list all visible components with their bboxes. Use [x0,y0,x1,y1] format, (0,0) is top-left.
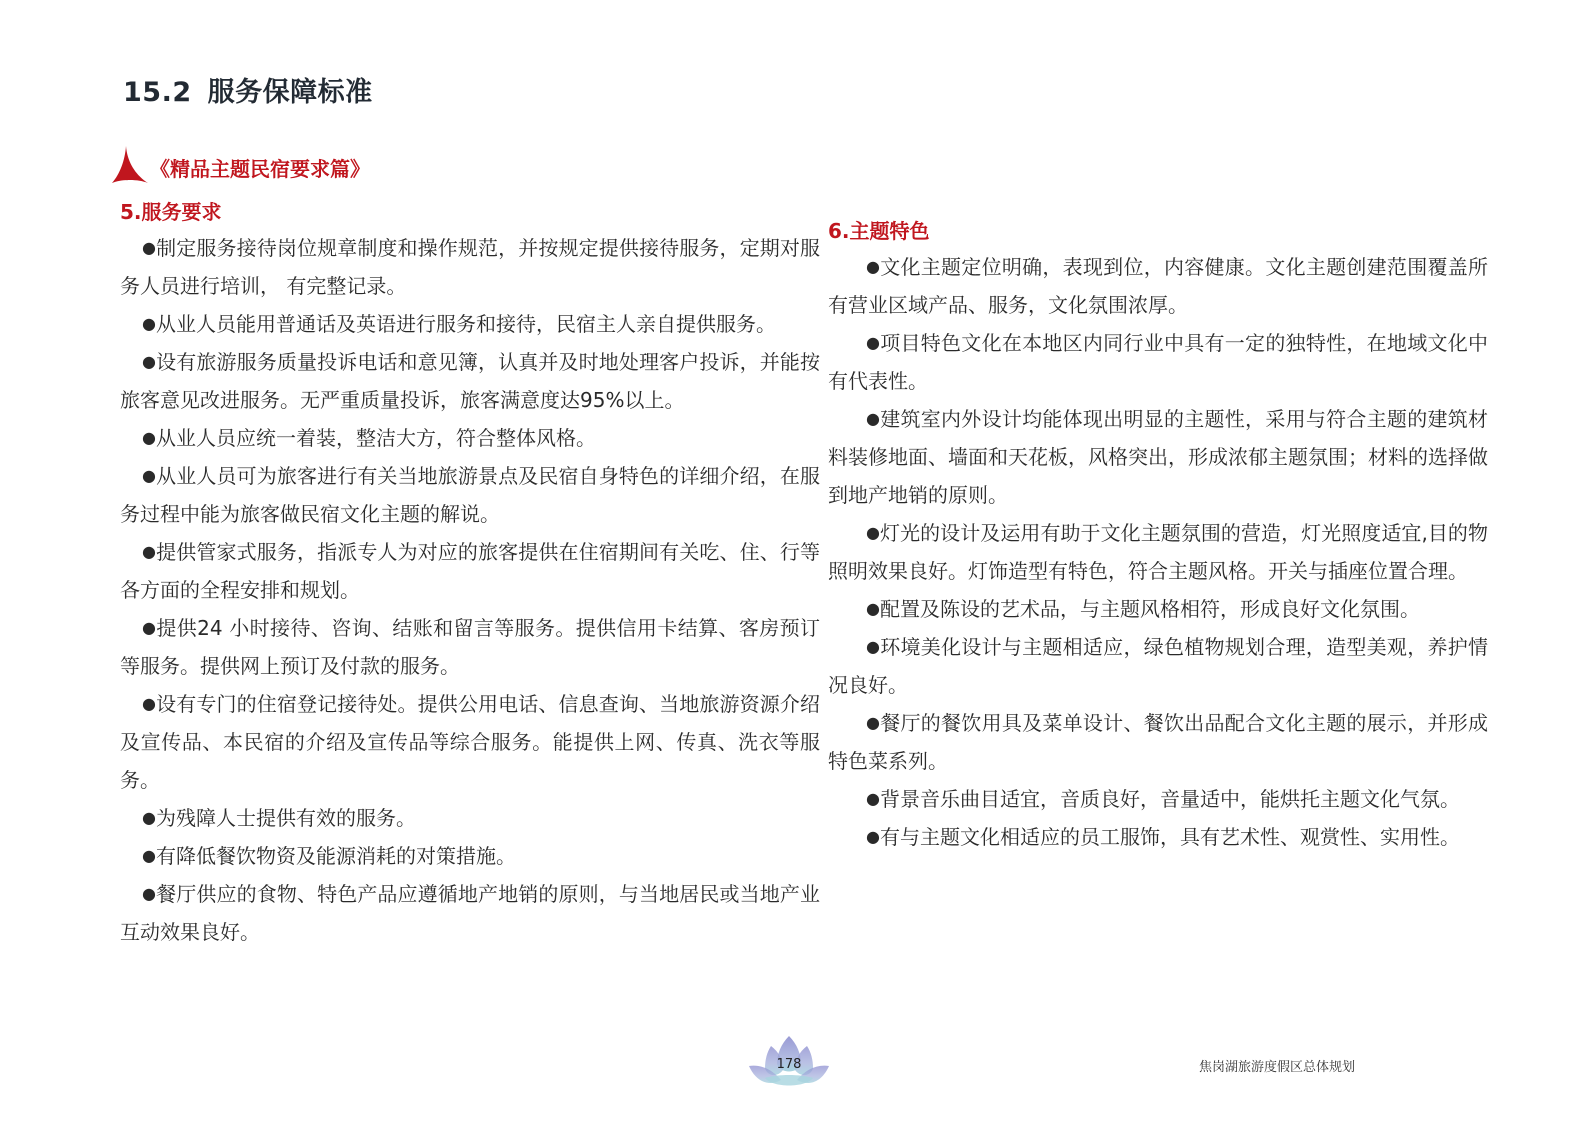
list-item: 提供24 小时接待、咨询、结账和留言等服务。提供信用卡结算、客房预订等服务。提供… [120,609,820,685]
section-service-requirements: 5.服务要求 制定服务接待岗位规章制度和操作规范，并按规定提供接待服务，定期对服… [120,195,820,951]
list-item: 设有专门的住宿登记接待处。提供公用电话、信息查询、当地旅游资源介绍及宣传品、本民… [120,685,820,799]
section-heading: 6.主题特色 [828,214,1488,248]
list-item: 有与主题文化相适应的员工服饰，具有艺术性、观赏性、实用性。 [828,818,1488,856]
list-item: 餐厅供应的食物、特色产品应遵循地产地销的原则，与当地居民或当地产业互动效果良好。 [120,875,820,951]
list-item: 有降低餐饮物资及能源消耗的对策措施。 [120,837,820,875]
page-title: 15.2服务保障标准 [123,70,373,109]
list-item: 提供管家式服务，指派专人为对应的旅客提供在住宿期间有关吃、住、行等各方面的全程安… [120,533,820,609]
list-item: 设有旅游服务质量投诉电话和意见簿，认真并及时地处理客户投诉，并能按旅客意见改进服… [120,343,820,419]
section-theme-features: 6.主题特色 文化主题定位明确，表现到位，内容健康。文化主题创建范围覆盖所有营业… [828,214,1488,856]
page-number: 178 [745,1057,833,1072]
list-item: 项目特色文化在本地区内同行业中具有一定的独特性，在地域文化中有代表性。 [828,324,1488,400]
section-heading: 5.服务要求 [120,195,820,229]
red-triangle-icon [112,146,148,184]
list-item: 文化主题定位明确，表现到位，内容健康。文化主题创建范围覆盖所有营业区域产品、服务… [828,248,1488,324]
chapter-heading: 《精品主题民宿要求篇》 [112,146,370,184]
list-item: 从业人员能用普通话及英语进行服务和接待，民宿主人亲自提供服务。 [120,305,820,343]
list-item: 为残障人士提供有效的服务。 [120,799,820,837]
list-item: 环境美化设计与主题相适应，绿色植物规划合理，造型美观，养护情况良好。 [828,628,1488,704]
list-item: 餐厅的餐饮用具及菜单设计、餐饮出品配合文化主题的展示，并形成特色菜系列。 [828,704,1488,780]
footer-document-title: 焦岗湖旅游度假区总体规划 [1105,1056,1355,1075]
list-item: 制定服务接待岗位规章制度和操作规范，并按规定提供接待服务，定期对服务人员进行培训… [120,229,820,305]
section-number: 15.2 [123,77,192,108]
list-item: 从业人员可为旅客进行有关当地旅游景点及民宿自身特色的详细介绍，在服务过程中能为旅… [120,457,820,533]
section-title: 服务保障标准 [208,77,373,108]
chapter-label: 《精品主题民宿要求篇》 [150,153,370,182]
footer-logo: 178 [745,1030,833,1090]
list-item: 灯光的设计及运用有助于文化主题氛围的营造，灯光照度适宜,目的物照明效果良好。灯饰… [828,514,1488,590]
list-item: 建筑室内外设计均能体现出明显的主题性，采用与符合主题的建筑材料装修地面、墙面和天… [828,400,1488,514]
list-item: 从业人员应统一着装，整洁大方，符合整体风格。 [120,419,820,457]
list-item: 配置及陈设的艺术品，与主题风格相符，形成良好文化氛围。 [828,590,1488,628]
list-item: 背景音乐曲目适宜，音质良好，音量适中，能烘托主题文化气氛。 [828,780,1488,818]
